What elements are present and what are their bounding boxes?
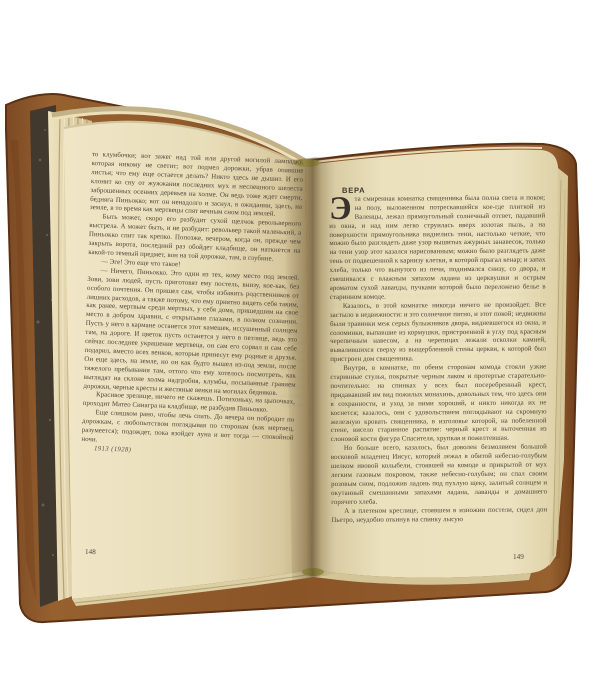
paragraph: Казалось, в этой комнатке никогда ничего…: [330, 301, 546, 365]
opening-text: та смиренная комнатка священника была по…: [329, 194, 545, 300]
left-page-text: то клумбочки; вот зажег над той или друг…: [81, 151, 304, 461]
paragraph: то клумбочки; вот зажег над той или друг…: [90, 151, 304, 221]
open-book-photo: та смиренная комнатка священника была по…: [0, 0, 595, 683]
paragraph: — Ничего, Пиньокко. Это один из тех, ком…: [83, 267, 299, 399]
paragraph: Внутри, в комнатке, по обеим сторонам ко…: [330, 364, 547, 446]
drop-cap: Э: [329, 197, 352, 222]
right-page-text: ВЕРА Эта смиренная комнатка священника б…: [329, 185, 547, 525]
opening-paragraph: Эта смиренная комнатка священника была п…: [329, 194, 546, 302]
page-number-left: 148: [85, 548, 96, 556]
paragraph: А в плетеном креслице, стоявшем в изножи…: [331, 506, 547, 525]
paragraph: Быть может, скоро его разбудит сухой щел…: [88, 213, 301, 265]
paragraph: Но больше всего, казалось, был доволен б…: [331, 444, 547, 508]
page-number-right: 149: [513, 553, 524, 561]
